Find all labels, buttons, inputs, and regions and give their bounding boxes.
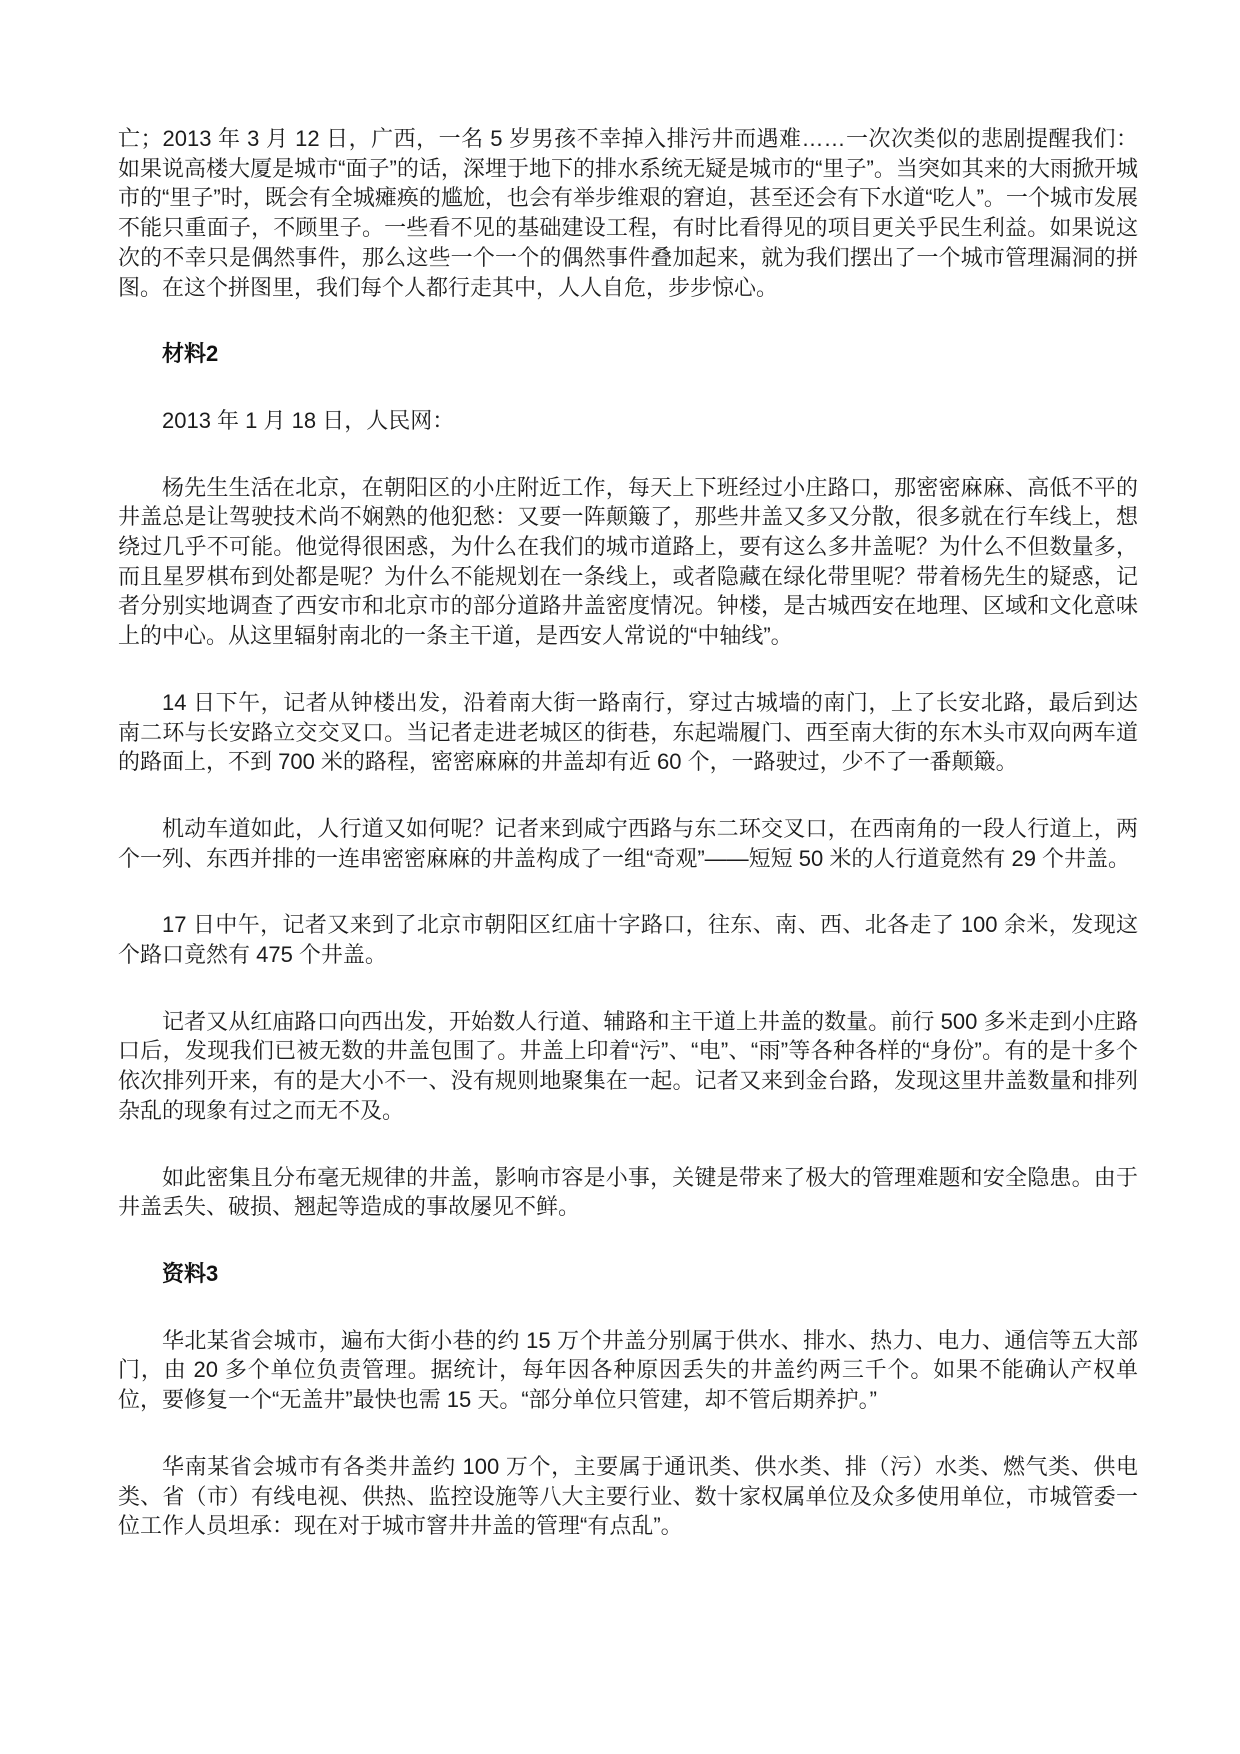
section-heading: 材料2 xyxy=(118,339,1138,369)
document-page: 亡；2013 年 3 月 12 日，广西，一名 5 岁男孩不幸掉入排污井而遇难…… xyxy=(0,0,1240,1754)
body-paragraph: 记者又从红庙路口向西出发，开始数人行道、辅路和主干道上井盖的数量。前行 500 … xyxy=(118,1007,1138,1126)
section-heading: 资料3 xyxy=(118,1259,1138,1289)
body-paragraph: 亡；2013 年 3 月 12 日，广西，一名 5 岁男孩不幸掉入排污井而遇难…… xyxy=(118,124,1138,302)
body-paragraph: 如此密集且分布毫无规律的井盖，影响市容是小事，关键是带来了极大的管理难题和安全隐… xyxy=(118,1163,1138,1222)
body-paragraph: 2013 年 1 月 18 日，人民网： xyxy=(118,406,1138,436)
body-paragraph: 17 日中午，记者又来到了北京市朝阳区红庙十字路口，往东、南、西、北各走了 10… xyxy=(118,910,1138,969)
body-paragraph: 华南某省会城市有各类井盖约 100 万个，主要属于通讯类、供水类、排（污）水类、… xyxy=(118,1452,1138,1541)
body-paragraph: 14 日下午，记者从钟楼出发，沿着南大街一路南行，穿过古城墙的南门，上了长安北路… xyxy=(118,688,1138,777)
body-paragraph: 机动车道如此，人行道又如何呢？记者来到咸宁西路与东二环交叉口，在西南角的一段人行… xyxy=(118,814,1138,873)
body-paragraph: 杨先生生活在北京，在朝阳区的小庄附近工作，每天上下班经过小庄路口，那密密麻麻、高… xyxy=(118,473,1138,651)
body-paragraph: 华北某省会城市，遍布大街小巷的约 15 万个井盖分别属于供水、排水、热力、电力、… xyxy=(118,1326,1138,1415)
document-body: 亡；2013 年 3 月 12 日，广西，一名 5 岁男孩不幸掉入排污井而遇难…… xyxy=(118,124,1138,1541)
